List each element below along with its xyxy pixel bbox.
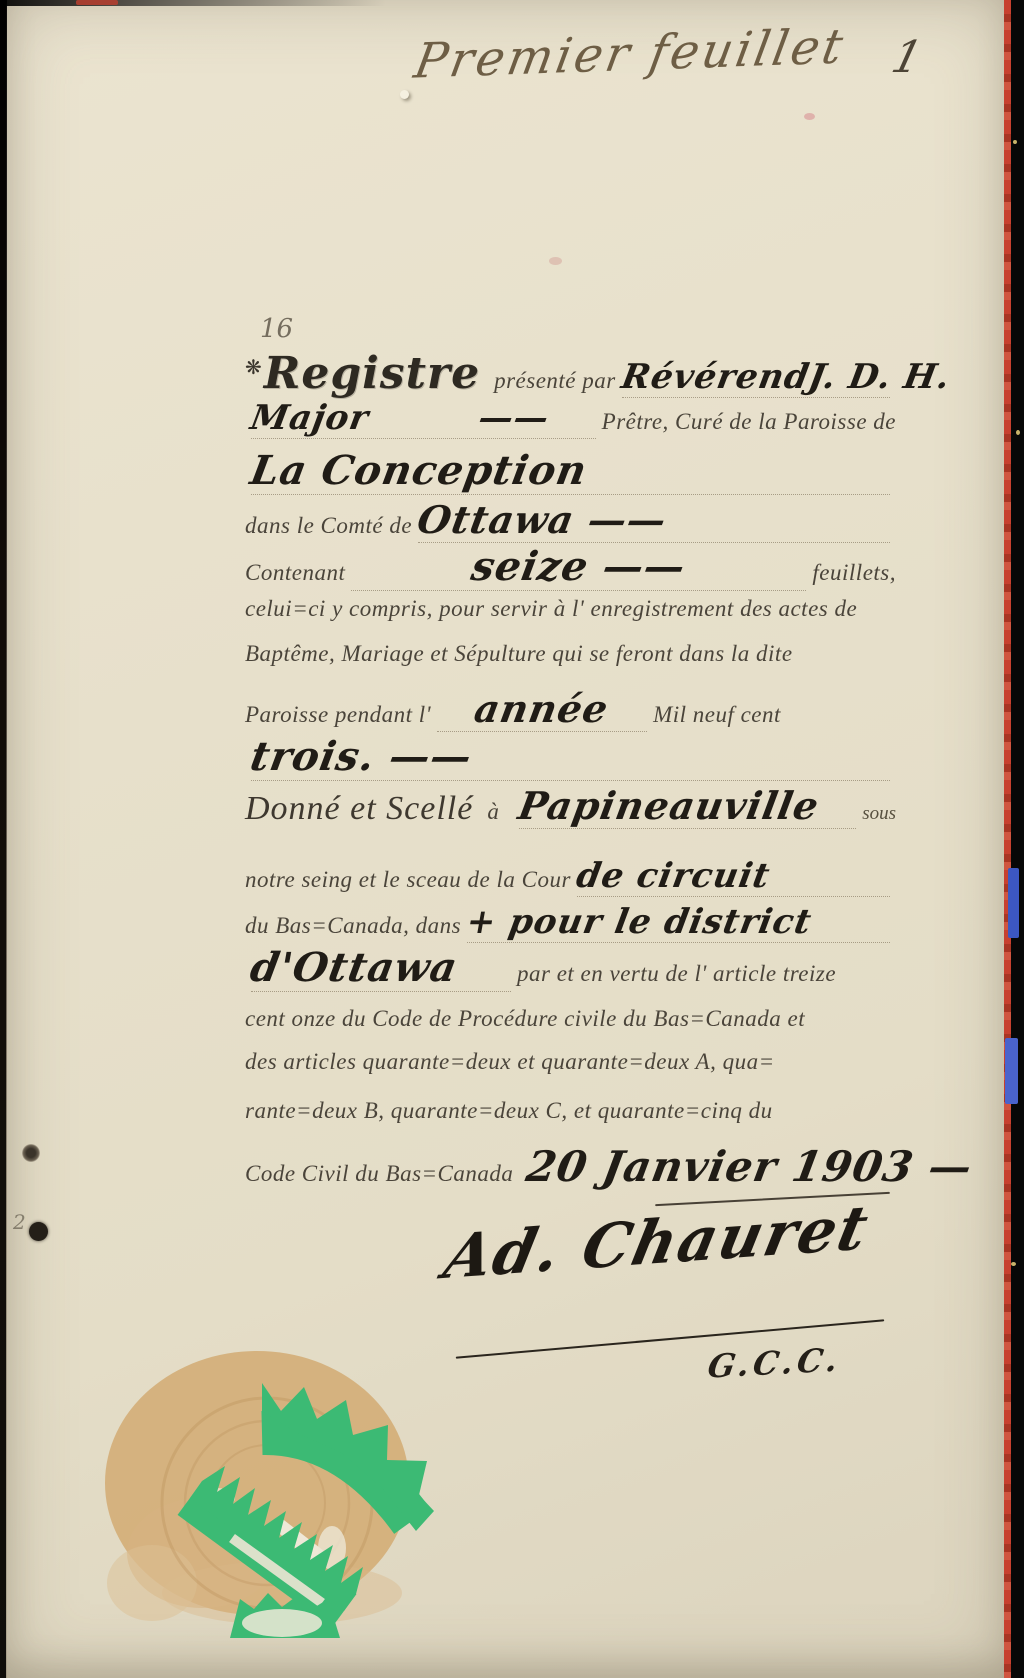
seal-brush-streak — [107, 1545, 197, 1621]
line-county: dans le Comté de Ottawa —— — [245, 497, 896, 543]
printed-text: du Bas=Canada, dans — [245, 913, 461, 939]
printed-text: notre seing et le sceau de la Cour — [245, 867, 571, 893]
scanned-register-page: { "document": { "annotations": { "folio_… — [0, 0, 1024, 1678]
handwritten-dash: —— — [475, 398, 552, 438]
line-contenant: Contenant seize —— feuillets, — [245, 543, 896, 591]
handwritten-text: Ottawa —— — [414, 497, 670, 542]
fill-in-area: La Conception — [251, 447, 890, 495]
fill-in-area: + pour le district — [467, 902, 890, 943]
line-cent-onze: cent onze du Code de Procédure civile du… — [245, 1006, 896, 1032]
fill-in-area: Papineauville — [519, 783, 856, 829]
binding-edge — [0, 0, 7, 1678]
edge-speck — [1016, 430, 1020, 435]
fill-in-area: seize —— — [351, 543, 806, 591]
blue-edge-sliver-lower — [1005, 1038, 1018, 1104]
line-code-civil-date: Code Civil du Bas=Canada 20 Janvier 1903… — [245, 1142, 896, 1191]
printed-text: Contenant — [245, 560, 345, 586]
line-celui-ci: celui=ci y compris, pour servir à l' enr… — [245, 596, 896, 622]
printed-text: Baptême, Mariage et Sépulture qui se fer… — [245, 641, 793, 667]
page-top-edge-shadow — [6, 0, 386, 6]
line-donne-scelle: Donné et Scellé à Papineauville sous — [245, 783, 896, 829]
pink-smudge — [549, 257, 562, 265]
fill-in-area: trois. —— — [251, 733, 890, 781]
printed-text: Mil neuf cent — [653, 702, 781, 728]
line-bapteme: Baptême, Mariage et Sépulture qui se fer… — [245, 641, 896, 667]
edge-speck — [1011, 1262, 1016, 1266]
red-edge-mark-top — [76, 0, 118, 5]
handwritten-text: d'Ottawa — [247, 944, 462, 991]
handwritten-text: Révérend — [618, 357, 812, 397]
clerk-title: G.C.C. — [705, 1340, 844, 1385]
fill-in-area: Ottawa —— — [418, 497, 890, 543]
handwritten-text: trois. —— — [247, 733, 476, 780]
printed-heading: Donné et Scellé — [245, 790, 473, 828]
torn-paper-white — [242, 1609, 322, 1637]
paper-artifact-dot — [400, 90, 409, 99]
printed-text: rante=deux B, quarante=deux C, et quaran… — [245, 1098, 773, 1124]
printed-text: sous — [862, 803, 896, 825]
pink-smudge — [804, 113, 815, 120]
handwritten-text: de circuit — [573, 856, 773, 896]
red-speckled-page-edge — [1004, 0, 1011, 1678]
line-quarante: rante=deux B, quarante=deux C, et quaran… — [245, 1098, 896, 1124]
edge-speck — [1013, 140, 1017, 144]
handwritten-text: La Conception — [247, 447, 591, 494]
handwritten-text: seize —— — [468, 543, 690, 590]
printed-text: Paroisse pendant l' — [245, 702, 431, 728]
handwritten-text: Major — [247, 398, 372, 438]
handwritten-initials: J. D. H. — [806, 357, 954, 397]
punch-hole — [29, 1222, 48, 1241]
ornament-icon: ❋ — [245, 355, 262, 380]
handwritten-date: 20 Janvier 1903 — — [523, 1142, 977, 1191]
pencil-mark-left: 2 — [13, 1210, 26, 1234]
printed-text: à — [487, 799, 499, 825]
printed-text: feuillets, — [812, 560, 896, 586]
handwritten-text: année — [471, 686, 612, 731]
line-annee: Paroisse pendant l' année Mil neuf cent — [245, 686, 896, 732]
printed-text: par et en vertu de l' article treize — [517, 961, 836, 987]
blue-edge-sliver-upper — [1008, 868, 1019, 938]
line-notre-seing: notre seing et le sceau de la Cour de ci… — [245, 856, 896, 897]
printed-text: Prêtre, Curé de la Paroisse de — [602, 409, 896, 435]
pencil-number: 16 — [260, 314, 293, 344]
punch-hole — [22, 1144, 40, 1162]
printed-text: celui=ci y compris, pour servir à l' enr… — [245, 596, 857, 622]
line-district: d'Ottawa par et en vertu de l' article t… — [245, 944, 896, 992]
line-bas-canada: du Bas=Canada, dans + pour le district — [245, 902, 896, 943]
printed-text: des articles quarante=deux et quarante=d… — [245, 1049, 775, 1075]
printed-text: dans le Comté de — [245, 513, 412, 539]
line-parish-name: La Conception — [245, 447, 896, 495]
fill-in-area: d'Ottawa — [251, 944, 511, 992]
line-registre: ❋ Registre présenté par Révérend J. D. H… — [245, 348, 896, 399]
fill-in-area: Major —— — [251, 398, 596, 439]
line-cure-name: Major —— Prêtre, Curé de la Paroisse de — [245, 398, 896, 439]
parish-seal — [82, 1293, 438, 1638]
printed-text: cent onze du Code de Procédure civile du… — [245, 1006, 805, 1032]
printed-text: présenté par — [494, 368, 616, 394]
fill-in-area: de circuit — [577, 856, 890, 897]
printed-word-registre: Registre — [264, 348, 480, 399]
fill-in-area: année — [437, 686, 647, 732]
handwritten-text: Papineauville — [515, 783, 823, 828]
handwritten-text: + pour le district — [464, 902, 815, 942]
printed-text: Code Civil du Bas=Canada — [245, 1161, 513, 1187]
fill-in-area: Révérend J. D. H. — [622, 357, 890, 398]
line-articles: des articles quarante=deux et quarante=d… — [245, 1049, 896, 1075]
line-trois: trois. —— — [245, 733, 896, 781]
